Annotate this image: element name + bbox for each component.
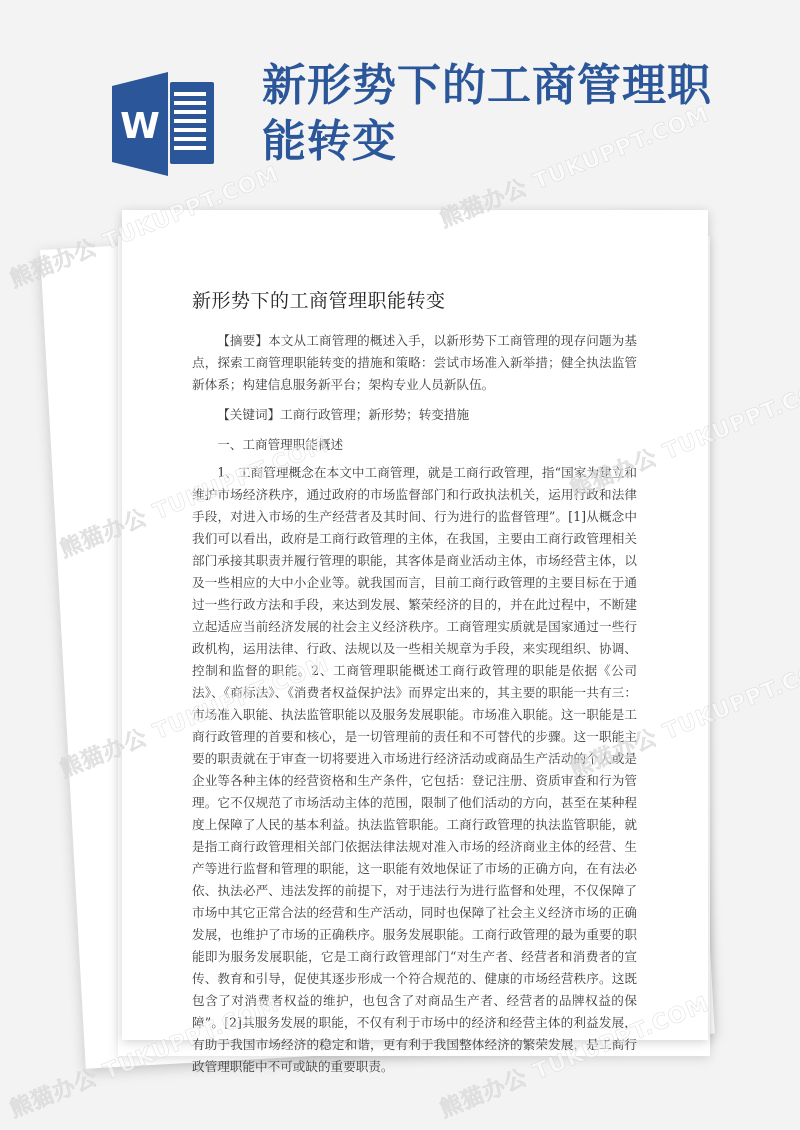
banner-title-line1: 新形势下的工商管理职 (262, 58, 732, 114)
header-banner: W 新形势下的工商管理职 能转变 (0, 0, 800, 200)
banner-title-line2: 能转变 (262, 114, 732, 170)
body-paragraph: 1、工商管理概念在本文中工商管理，就是工商行政管理，指“国家为建立和维护市场经济… (192, 462, 637, 1078)
abstract-paragraph: 【摘要】本文从工商管理的概述入手，以新形势下工商管理的现存问题为基点，探索工商管… (192, 330, 637, 396)
document-body: 【摘要】本文从工商管理的概述入手，以新形势下工商管理的现存问题为基点，探索工商管… (192, 330, 637, 1078)
banner-title: 新形势下的工商管理职 能转变 (262, 58, 732, 170)
section-heading: 一、工商管理职能概述 (192, 434, 637, 456)
svg-text:W: W (120, 106, 160, 147)
word-document-icon: W (110, 70, 216, 178)
document-title: 新形势下的工商管理职能转变 (192, 286, 446, 313)
keywords-paragraph: 【关键词】工商行政管理；新形势；转变措施 (192, 404, 637, 426)
document-page: 新形势下的工商管理职能转变 【摘要】本文从工商管理的概述入手，以新形势下工商管理… (122, 210, 708, 1040)
